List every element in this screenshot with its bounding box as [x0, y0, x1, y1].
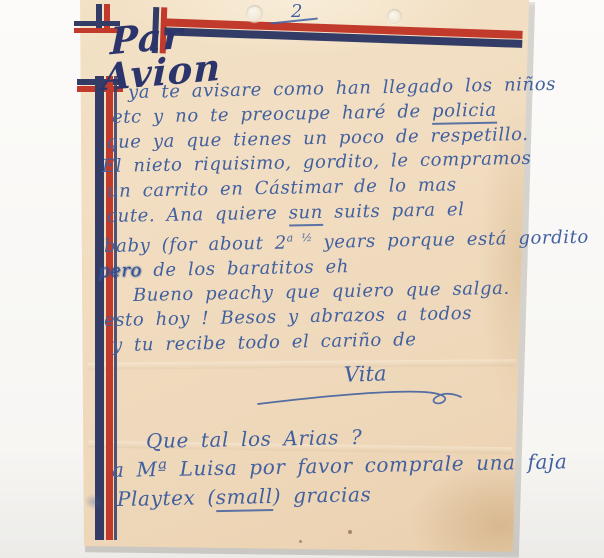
paper-speck	[299, 540, 302, 543]
signature-flourish	[254, 386, 469, 410]
handwritten-text: un carrito en Cástimar de lo mas	[107, 174, 457, 202]
border-stripe-red	[104, 4, 110, 30]
handwritten-text: de los baratitos eh	[142, 256, 349, 281]
paper-speck	[348, 530, 352, 534]
handwritten-text: baby (for about 2	[104, 232, 287, 257]
handwritten-text: ) gracias	[272, 482, 371, 508]
letter-body: ya te avisare como han llegado los niños…	[98, 81, 528, 359]
handwritten-text: etc y no te preocupe haré de	[112, 101, 432, 128]
handwritten-text: policia	[432, 99, 497, 124]
handwritten-text: suits para el	[323, 199, 465, 223]
handwritten-text: Playtex (	[117, 485, 216, 511]
hole-punch-right	[387, 9, 402, 24]
handwritten-text: sun	[289, 202, 324, 227]
letter-postscript: Que tal los Arias ?a Mª Luisa por favor …	[96, 427, 526, 514]
handwritten-text: small	[216, 484, 273, 512]
handwritten-text: Que tal los Arias ?	[146, 425, 363, 453]
handwritten-text: y tu recibe todo el cariño de	[112, 329, 417, 356]
signature: Vita	[344, 361, 387, 386]
hole-punch-left	[246, 5, 263, 22]
handwritten-text: esto hoy ! Besos y abrazos a todos	[104, 303, 472, 331]
handwritten-text: a ½	[287, 231, 313, 244]
border-stripe-blue	[96, 4, 102, 30]
handwritten-text: pero	[98, 260, 142, 282]
handwritten-text: cute. Ana quiere	[107, 202, 289, 226]
